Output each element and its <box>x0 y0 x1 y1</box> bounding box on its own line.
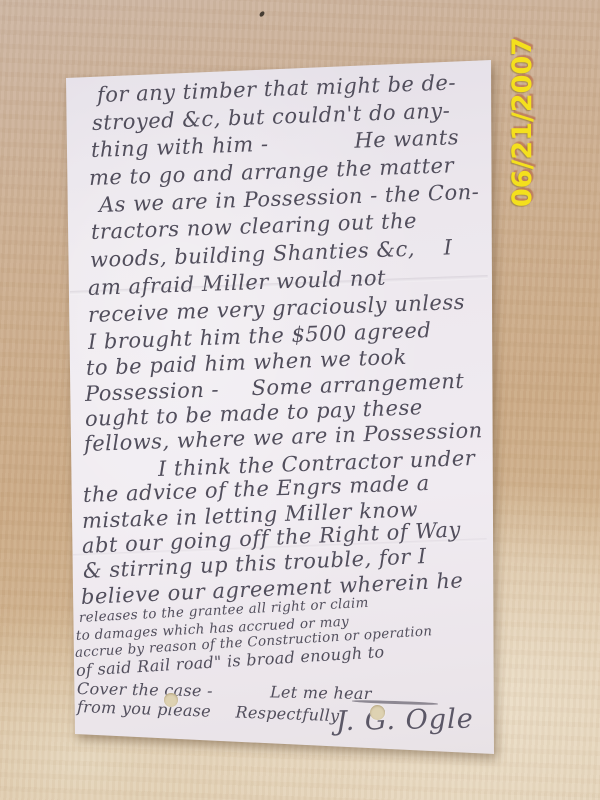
photo-of-letter: for any timber that might be de- stroyed… <box>0 0 600 800</box>
camera-date-stamp: 06/21/2007 <box>506 37 540 207</box>
punch-hole <box>164 693 178 707</box>
punch-hole <box>370 705 385 720</box>
signature: J. G. Ogle <box>336 705 474 737</box>
